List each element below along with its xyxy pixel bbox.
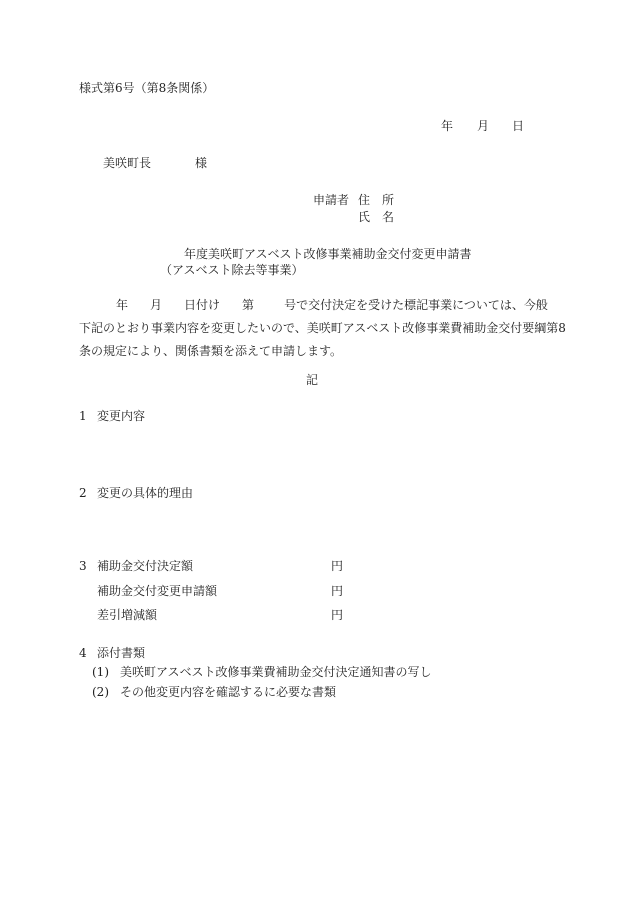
attachment-item-number: (2) — [92, 684, 120, 700]
addressee-honorific: 様 — [195, 155, 207, 171]
document-subtitle: （アスベスト除去等事業） — [160, 262, 304, 278]
section-4-number: 4 — [79, 645, 87, 661]
document-page: 様式第6号（第8条関係） 年 月 日 美咲町長 様 申請者 住 所 氏 名 年度… — [0, 0, 630, 903]
body-date-suffix: 日付け — [184, 298, 220, 312]
applicant-name-label: 氏 名 — [358, 209, 394, 225]
grant-change-request-amount-label: 補助金交付変更申請額 — [97, 583, 217, 599]
grant-decision-amount-unit: 円 — [331, 558, 343, 574]
date-year-label: 年 — [441, 118, 453, 134]
attachment-item: (2)その他変更内容を確認するに必要な書類 — [92, 684, 336, 700]
section-3-number: 3 — [79, 558, 87, 574]
difference-amount-label: 差引増減額 — [97, 607, 157, 623]
body-year: 年 — [116, 298, 128, 312]
attachment-item: (1)美咲町アスベスト改修事業費補助金交付決定通知書の写し — [92, 664, 432, 680]
section-1-label: 変更内容 — [97, 408, 145, 424]
body-line-1: 年月日付け第号で交付決定を受けた標記事業については、今般 — [79, 294, 549, 317]
date-day-label: 日 — [512, 118, 524, 134]
section-1-number: 1 — [79, 408, 87, 424]
body-line1-rest: 号で交付決定を受けた標記事業については、今般 — [284, 298, 548, 312]
form-number-header: 様式第6号（第8条関係） — [79, 80, 214, 96]
body-dai: 第 — [242, 298, 254, 312]
attachment-item-text: その他変更内容を確認するに必要な書類 — [120, 685, 336, 699]
date-month-label: 月 — [477, 118, 489, 134]
ki-heading: 記 — [306, 372, 318, 388]
section-2-label: 変更の具体的理由 — [97, 485, 193, 501]
section-4-label: 添付書類 — [97, 645, 145, 661]
attachment-item-text: 美咲町アスベスト改修事業費補助金交付決定通知書の写し — [120, 665, 432, 679]
difference-amount-unit: 円 — [331, 607, 343, 623]
section-2-number: 2 — [79, 485, 87, 501]
attachment-item-number: (1) — [92, 664, 120, 680]
applicant-address-label: 住 所 — [358, 192, 394, 208]
addressee-name: 美咲町長 — [103, 155, 151, 171]
document-title: 年度美咲町アスベスト改修事業補助金交付変更申請書 — [184, 246, 472, 262]
applicant-label: 申請者 — [313, 192, 349, 208]
grant-change-request-amount-unit: 円 — [331, 583, 343, 599]
body-month: 月 — [150, 298, 162, 312]
grant-decision-amount-label: 補助金交付決定額 — [97, 558, 193, 574]
body-line-2: 下記のとおり事業内容を変更したいので、美咲町アスベスト改修事業費補助金交付要綱第… — [79, 317, 549, 340]
body-line-3: 条の規定により、関係書類を添えて申請します。 — [79, 340, 549, 363]
body-paragraph: 年月日付け第号で交付決定を受けた標記事業については、今般 下記のとおり事業内容を… — [79, 294, 549, 363]
